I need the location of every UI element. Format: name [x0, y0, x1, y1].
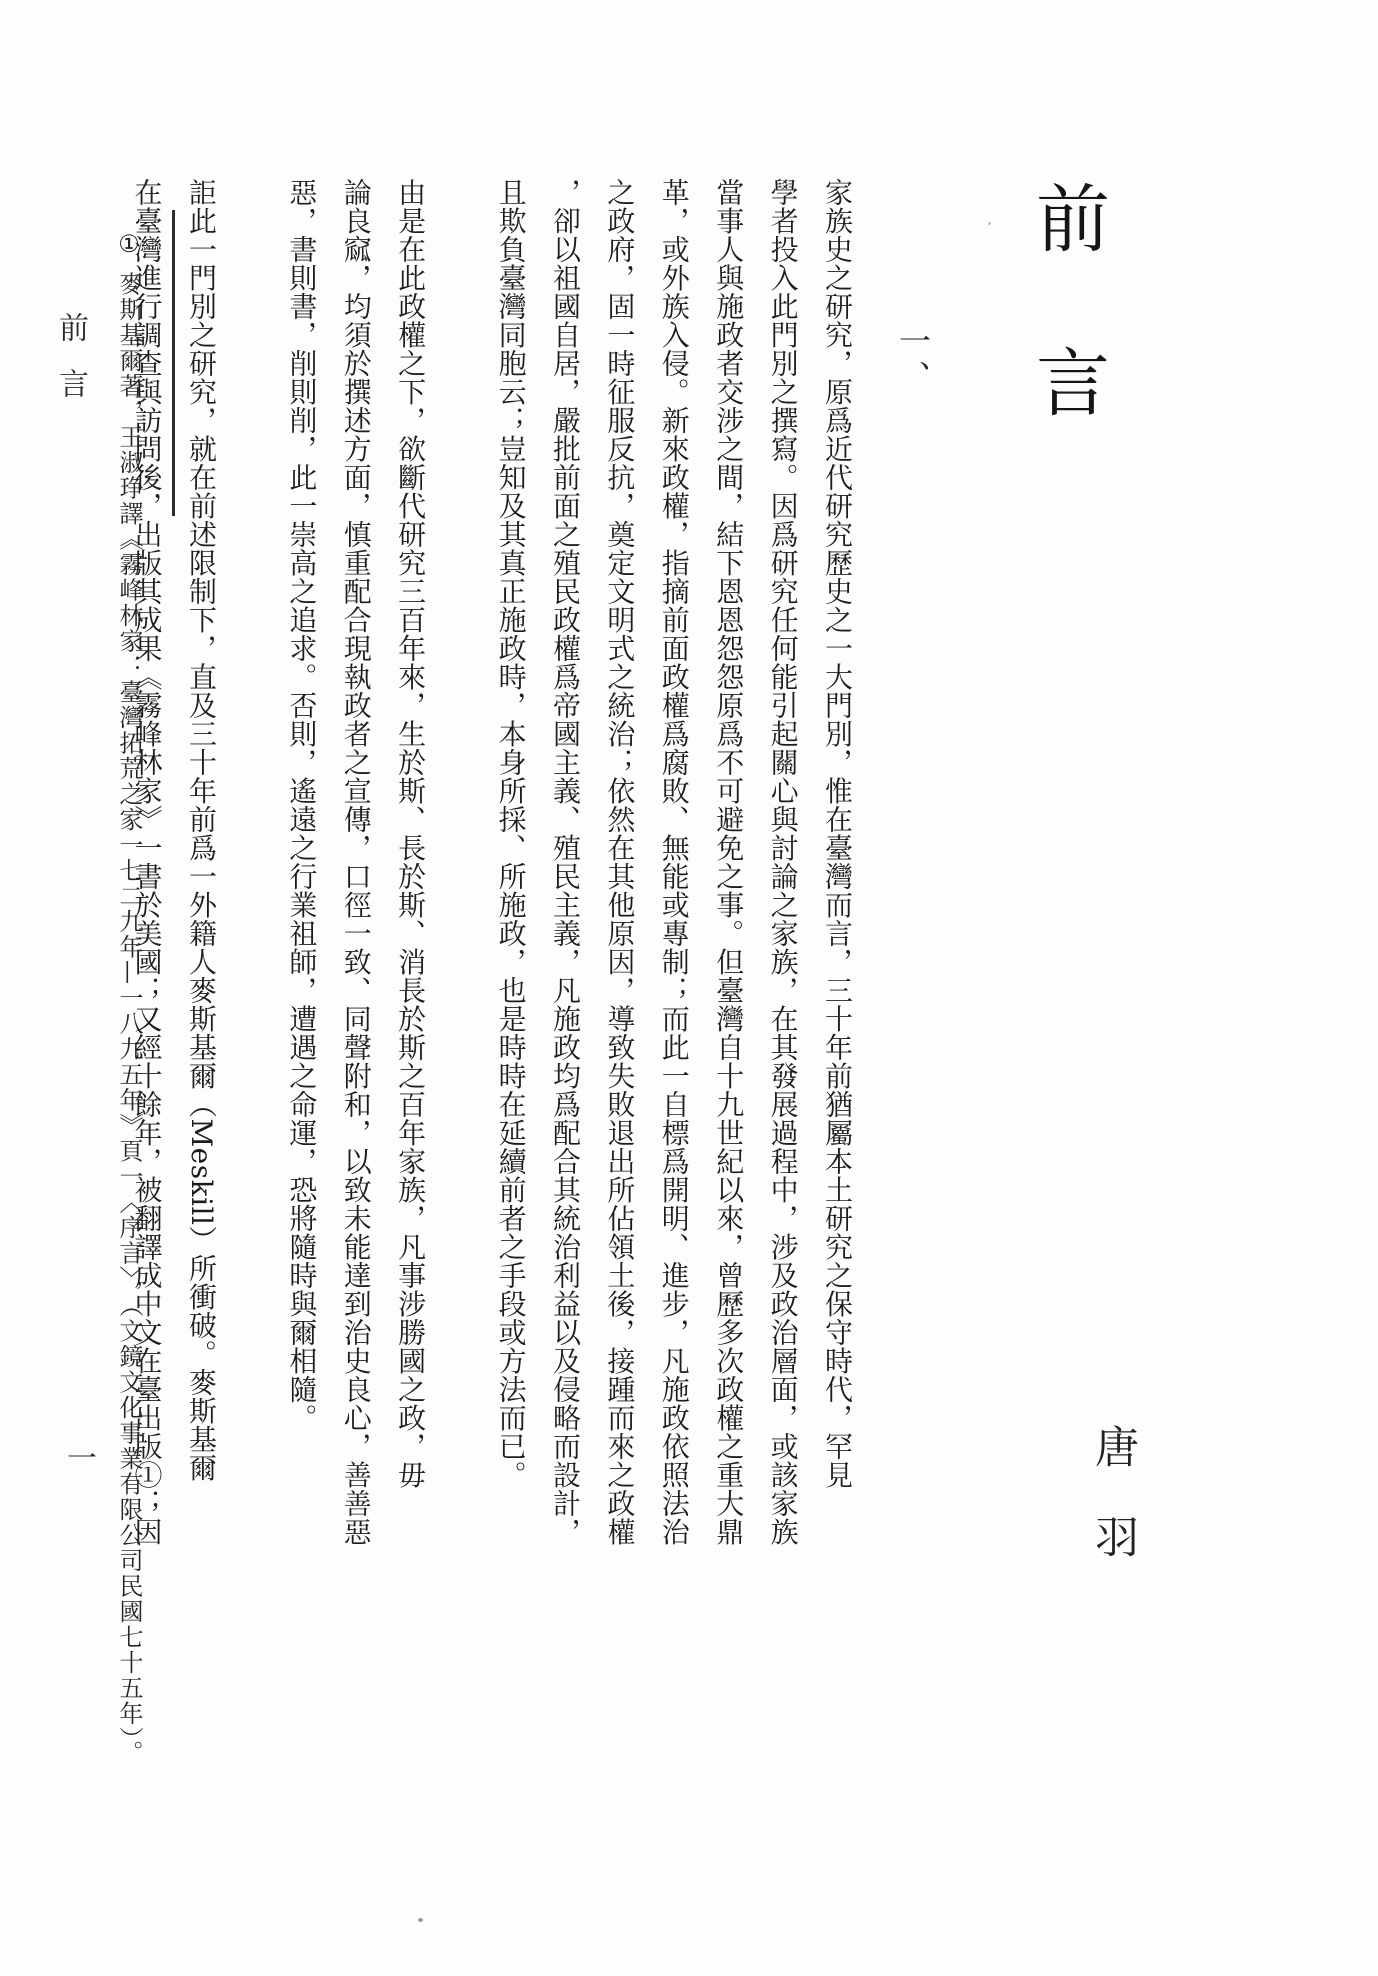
footnote-divider [172, 210, 175, 516]
text-column-paragraph-start: 由是在此政權之下，欲斷代研究三百年來，生於斯、長於斯、消長於斯之百年家族，凡事涉… [383, 178, 483, 1546]
text-column: 革，或外族入侵。新來政權，指摘前面政權爲腐敗、無能或專制；而此一自標爲開明、進步… [646, 178, 700, 1546]
book-page: 前言 一、 唐羽 家族史之研究，原爲近代研究歷史之一大門別，惟在臺灣而言，三十年… [0, 0, 1378, 1976]
footnote-text: 麥斯基爾著，王淑琤譯《霧峰林家：臺灣拓荒之家一七二九年—一八九五年》頁一〈序言〉… [115, 272, 143, 1766]
text-column: 學者投入此門別之撰寫。因爲研究任何能引起關心與討論之家族，在其發展過程中，涉及政… [755, 178, 809, 1546]
text-column: 且欺負臺灣同胞云；豈知及其真正施政時，本身所採、所施政，也是時時在延續前者之手段… [483, 178, 537, 1546]
scan-speck [418, 1918, 423, 1922]
text-column: 家族史之研究，原爲近代研究歷史之一大門別，惟在臺灣而言，三十年前猶屬本土研究之保… [810, 178, 864, 1546]
text-column: 惡，書則書，削則削，此一崇高之追求。否則，遙遠之行業祖師，遭遇之命運，恐將隨時與… [274, 178, 328, 1546]
scan-speck [988, 222, 991, 225]
text-column: ，卻以祖國自居，嚴批前面之殖民政權爲帝國主義、殖民主義，凡施政均爲配合其統治利益… [538, 178, 592, 1546]
text-column-paragraph-start: 詎此一門別之研究，就在前述限制下，直及三十年前爲一外籍人麥斯基爾（Meskill… [174, 178, 274, 1546]
text-column: 論良窳，均須於撰述方面，慎重配合現執政者之宣傳，口徑一致、同聲附和，以致未能達到… [328, 178, 382, 1546]
author-name: 唐羽 [1080, 1424, 1144, 1604]
body-text: 家族史之研究，原爲近代研究歷史之一大門別，惟在臺灣而言，三十年前猶屬本土研究之保… [119, 178, 864, 1546]
text-column: 之政府，固一時征服反抗，奠定文明式之統治；依然在其他原因，導致失敗退出所佔領土後… [592, 178, 646, 1546]
footnote-marker: ① [115, 230, 143, 260]
page-title: 前言 [1014, 180, 1120, 508]
running-header: 前言 [48, 312, 92, 424]
text-column: 當事人與施政者交涉之間，結下恩恩怨怨原爲不可避免之事。但臺灣自十九世紀以來，曾歷… [701, 178, 755, 1546]
page-number: 一 [56, 1442, 100, 1472]
section-number: 一、 [890, 324, 936, 396]
footnote: ①麥斯基爾著，王淑琤譯《霧峰林家：臺灣拓荒之家一七二九年—一八九五年》頁一〈序言… [112, 230, 146, 1766]
